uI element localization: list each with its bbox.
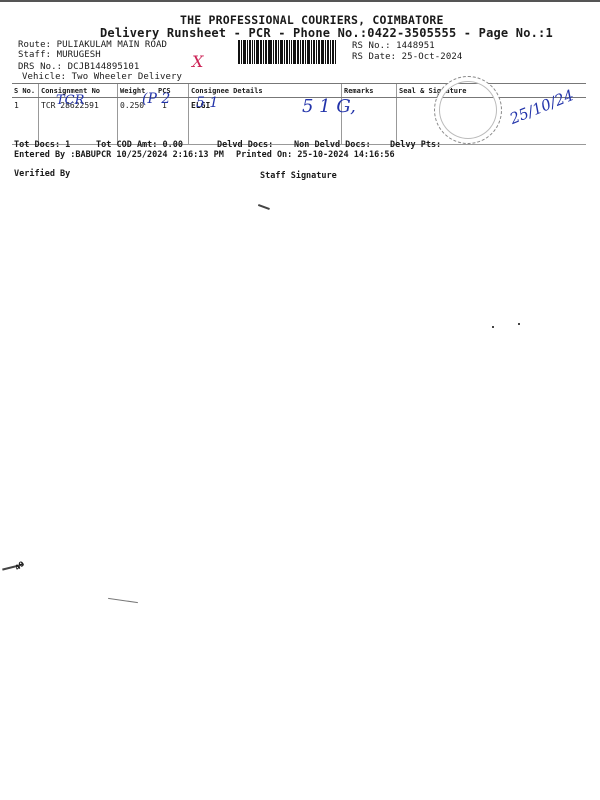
handwritten-pcs-note: (P 2: [142, 91, 170, 107]
total-docs: Tot Docs: 1: [14, 140, 70, 150]
scan-streak: [108, 598, 138, 603]
scan-speck: [258, 204, 270, 210]
cell-s-no: 1: [12, 98, 39, 145]
handwritten-remarks-note: 5 1 G,: [302, 96, 356, 117]
staff-signature-label: Staff Signature: [260, 171, 337, 181]
delivery-points: Delvy Pts:: [390, 140, 441, 150]
verified-by-label: Verified By: [14, 169, 70, 179]
entered-by: Entered By :BABUPCR 10/25/2024 2:16:13 P…: [14, 150, 224, 160]
total-cod-amount: Tot COD Amt: 0.00: [96, 140, 183, 150]
page-sequence-mark: 49: [14, 560, 27, 572]
handwritten-consignment-note: TCR: [56, 93, 84, 108]
company-seal-stamp: [434, 76, 502, 144]
barcode-icon: [238, 40, 346, 64]
table-header-row: S No. Consignment No Weight PCS Consigne…: [12, 84, 586, 98]
rs-number: RS No.: 1448951: [352, 41, 435, 51]
company-title: THE PROFESSIONAL COURIERS, COIMBATORE: [180, 13, 444, 27]
runsheet-subtitle: Delivery Runsheet - PCR - Phone No.:0422…: [100, 26, 553, 40]
route-label: Route: PULIAKULAM MAIN ROAD: [18, 40, 167, 50]
printed-on: Printed On: 25-10-2024 14:16:56: [236, 150, 395, 160]
handwritten-x-mark: X: [192, 52, 203, 71]
delivered-docs: Delvd Docs:: [217, 140, 273, 150]
non-delivered-docs: Non Delvd Docs:: [294, 140, 371, 150]
scan-speck: [492, 326, 494, 328]
scan-edge-line: [0, 0, 600, 2]
col-s-no: S No.: [12, 84, 39, 98]
scan-speck: [518, 323, 520, 325]
drs-number: DRS No.: DCJB144895101: [18, 62, 139, 72]
rs-date: RS Date: 25-Oct-2024: [352, 52, 462, 62]
vehicle-label: Vehicle: Two Wheeler Delivery: [22, 72, 182, 82]
staff-label: Staff: MURUGESH: [18, 50, 101, 60]
handwritten-consignee-note: 5 1: [196, 95, 218, 111]
